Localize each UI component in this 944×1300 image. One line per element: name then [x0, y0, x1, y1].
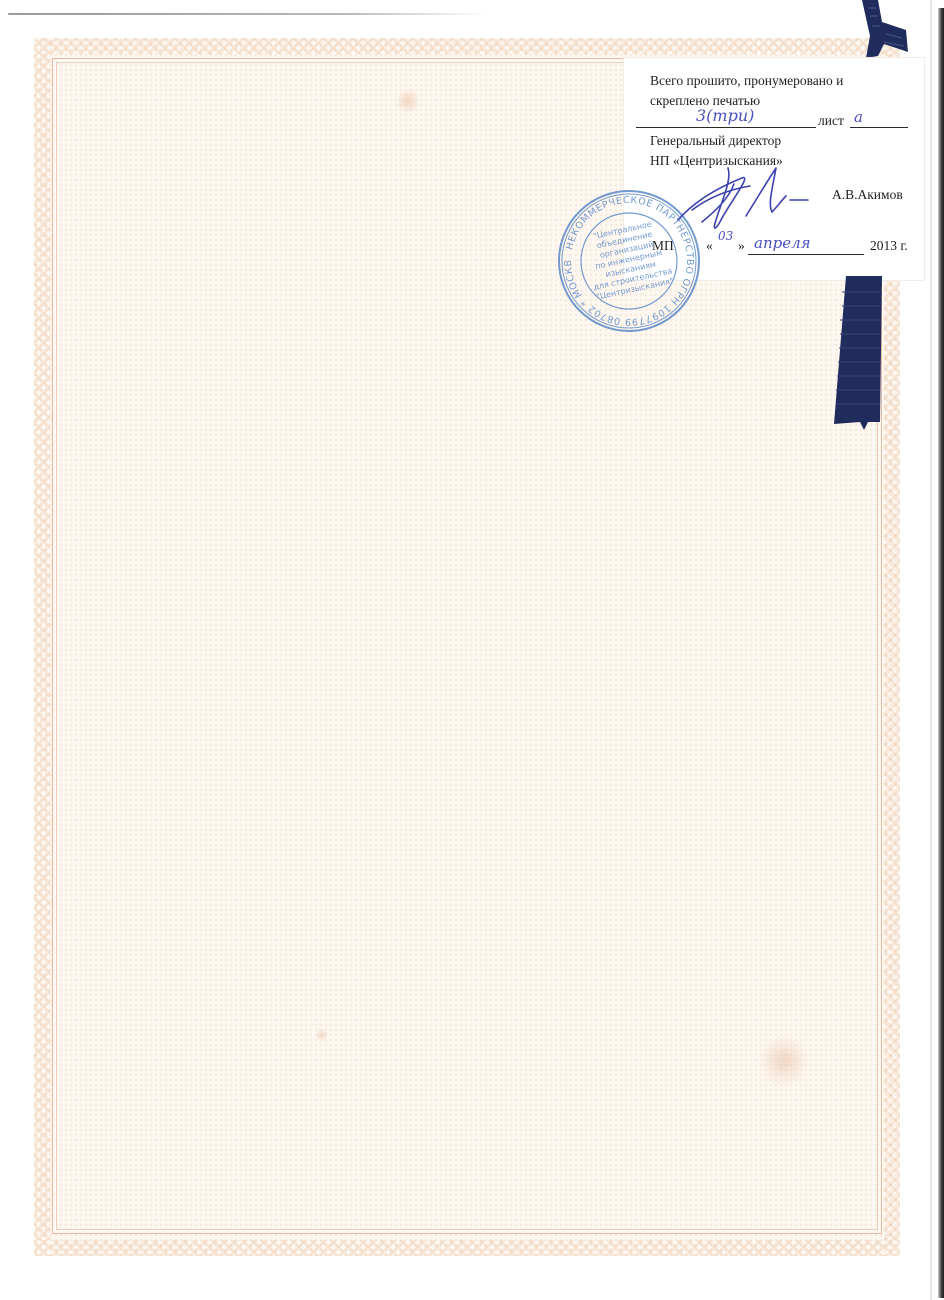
date-open-quote: «: [706, 239, 713, 253]
signatory-name: А.В.Акимов: [832, 188, 903, 202]
scan-edge-right: [938, 8, 944, 1298]
stain: [316, 1028, 328, 1042]
label-line-1: Всего прошито, пронумеровано и: [650, 74, 843, 88]
scan-edge-light: [930, 0, 932, 1300]
stain: [759, 1036, 809, 1086]
signatory-position: Генеральный директор: [650, 134, 781, 148]
date-close-quote: »: [738, 239, 745, 253]
scan-edge-top: [8, 13, 488, 15]
date-year: 2013 г.: [870, 239, 908, 253]
sheets-suffix-line: [850, 127, 908, 128]
sheets-suffix-handwritten: а: [854, 110, 863, 125]
signature-icon: [672, 160, 812, 240]
ribbon-knot-icon: [848, 0, 908, 60]
sheets-count-handwritten: 3(три): [696, 108, 754, 124]
stain: [398, 86, 418, 116]
ribbon-tail-icon: [832, 272, 886, 432]
sheets-word: лист: [818, 114, 844, 128]
sheets-count-line: [636, 127, 816, 128]
date-month-line: [748, 254, 864, 255]
